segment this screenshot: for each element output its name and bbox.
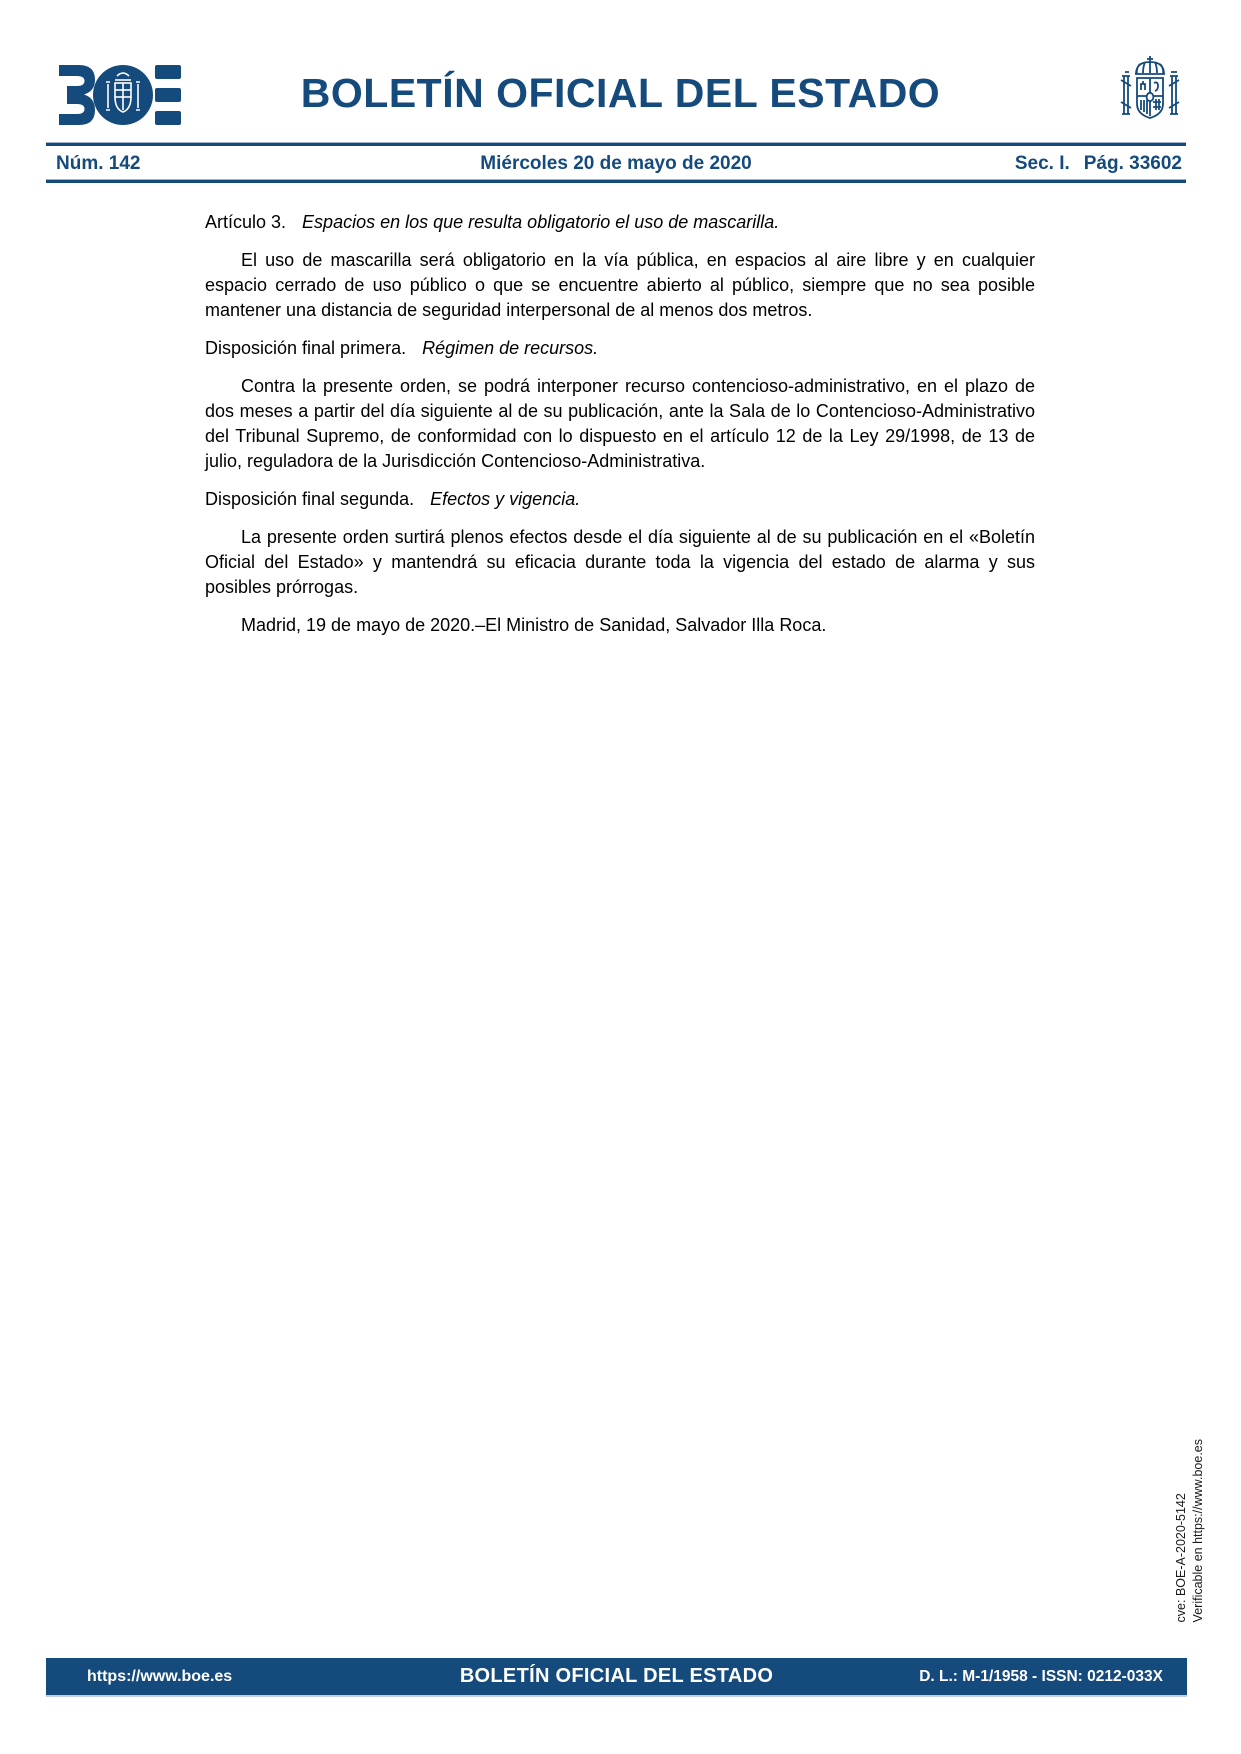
footer-legal-issn: D. L.: M-1/1958 - ISSN: 0212-033X	[919, 1668, 1163, 1686]
masthead-title: BOLETÍN OFICIAL DEL ESTADO	[0, 70, 1241, 117]
header-rule-bottom	[46, 180, 1186, 183]
signature-paragraph: Madrid, 19 de mayo de 2020.–El Ministro …	[205, 613, 1035, 638]
heading-title: Espacios en los que resulta obligatorio …	[302, 212, 779, 232]
footer-bar: https://www.boe.es BOLETÍN OFICIAL DEL E…	[46, 1658, 1187, 1695]
cve-verificable: Verificable en https://www.boe.es	[1190, 1439, 1207, 1622]
cve-vertical-note: cve: BOE-A-2020-5142 Verificable en http…	[1173, 1439, 1207, 1622]
article-heading: Artículo 3.Espacios en los que resulta o…	[205, 210, 1035, 235]
disposition-heading: Disposición final primera.Régimen de rec…	[205, 336, 1035, 361]
heading-label: Disposición final segunda.	[205, 489, 414, 509]
disposition-heading: Disposición final segunda.Efectos y vige…	[205, 487, 1035, 512]
header-rule-top	[46, 143, 1186, 146]
body-paragraph: Contra la presente orden, se podrá inter…	[205, 374, 1035, 474]
heading-label: Artículo 3.	[205, 212, 286, 232]
spain-coat-of-arms-icon	[1114, 52, 1186, 132]
issue-section: Sec. I.	[1015, 153, 1070, 174]
boe-document-page: BOLETÍN OFICIAL DEL ESTADO	[0, 0, 1241, 1754]
issue-meta-row: Núm. 142 Miércoles 20 de mayo de 2020 Se…	[46, 147, 1186, 180]
body-paragraph: La presente orden surtirá plenos efectos…	[205, 525, 1035, 600]
heading-label: Disposición final primera.	[205, 338, 406, 358]
heading-title: Régimen de recursos.	[422, 338, 598, 358]
cve-code: cve: BOE-A-2020-5142	[1173, 1439, 1190, 1622]
document-body: Artículo 3.Espacios en los que resulta o…	[205, 210, 1035, 638]
heading-title: Efectos y vigencia.	[430, 489, 580, 509]
issue-section-page: Sec. I.Pág. 33602	[1015, 153, 1186, 175]
body-paragraph: El uso de mascarilla será obligatorio en…	[205, 248, 1035, 323]
issue-page-number: Pág. 33602	[1084, 153, 1182, 174]
